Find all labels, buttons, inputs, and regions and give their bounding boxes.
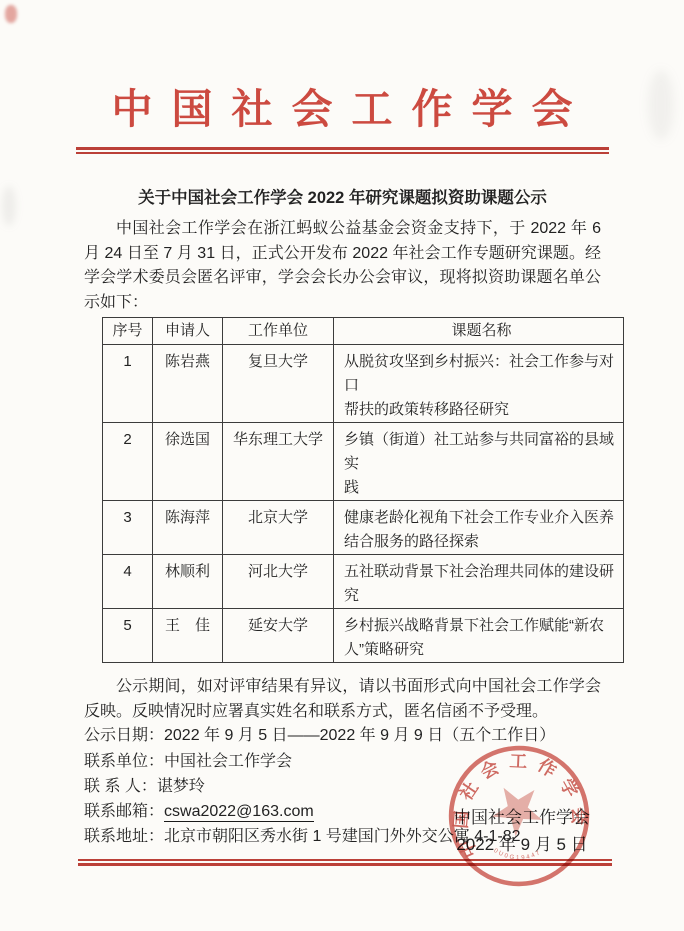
cell-applicant: 徐选国 bbox=[153, 423, 223, 501]
table-row: 3 陈海萍 北京大学 健康老龄化视角下社会工作专业介入医养 结合服务的路径探索 bbox=[103, 501, 624, 555]
cell-topic: 乡镇（街道）社工站参与共同富裕的县域实 践 bbox=[334, 423, 624, 501]
contact-value: 中国社会工作学会 bbox=[164, 753, 292, 770]
column-header-unit: 工作单位 bbox=[223, 318, 334, 345]
column-header-no: 序号 bbox=[103, 318, 153, 345]
intro-paragraph: 中国社会工作学会在浙江蚂蚁公益基金会资金支持下，于 2022 年 6 月 24 … bbox=[84, 217, 601, 315]
cell-topic: 从脱贫攻坚到乡村振兴：社会工作参与对口 帮扶的政策转移路径研究 bbox=[334, 345, 624, 423]
cell-no: 5 bbox=[103, 609, 153, 663]
contact-label: 联系邮箱： bbox=[84, 803, 164, 820]
document-title: 关于中国社会工作学会 2022 年研究课题拟资助课题公示 bbox=[84, 186, 601, 210]
contact-label: 联系单位： bbox=[84, 753, 164, 770]
table-header-row: 序号 申请人 工作单位 课题名称 bbox=[103, 318, 624, 345]
table-row: 1 陈岩燕 复旦大学 从脱贫攻坚到乡村振兴：社会工作参与对口 帮扶的政策转移路径… bbox=[103, 345, 624, 423]
cell-topic: 五社联动背景下社会治理共同体的建设研 究 bbox=[334, 555, 624, 609]
signature-org: 中国社会工作学会 bbox=[454, 804, 590, 831]
cell-applicant: 陈海萍 bbox=[153, 501, 223, 555]
letterhead-org-name: 中国社会工作学会 bbox=[0, 76, 684, 135]
document-body: 关于中国社会工作学会 2022 年研究课题拟资助课题公示 中国社会工作学会在浙江… bbox=[84, 186, 601, 849]
contact-person-line: 联 系 人：谌梦玲 bbox=[84, 774, 601, 799]
table-row: 5 王 佳 延安大学 乡村振兴战略背景下社会工作赋能“新农 人”策略研究 bbox=[103, 609, 624, 663]
column-header-topic: 课题名称 bbox=[334, 318, 624, 345]
cell-unit: 延安大学 bbox=[223, 609, 334, 663]
cell-applicant: 王 佳 bbox=[153, 609, 223, 663]
column-header-applicant: 申请人 bbox=[153, 318, 223, 345]
cell-applicant: 林顺利 bbox=[153, 555, 223, 609]
contact-label: 联系地址： bbox=[84, 828, 164, 845]
table-row: 4 林顺利 河北大学 五社联动背景下社会治理共同体的建设研 究 bbox=[103, 555, 624, 609]
signature-block: 中国社会工作学会 2022 年 9 月 5 日 bbox=[454, 804, 590, 858]
cell-unit: 北京大学 bbox=[223, 501, 334, 555]
cell-applicant: 陈岩燕 bbox=[153, 345, 223, 423]
cell-no: 2 bbox=[103, 423, 153, 501]
cell-unit: 河北大学 bbox=[223, 555, 334, 609]
signature-date: 2022 年 9 月 5 日 bbox=[454, 831, 590, 858]
notice-period-line: 公示日期：2022 年 9 月 5 日——2022 年 9 月 9 日（五个工作… bbox=[84, 724, 601, 749]
cell-topic: 乡村振兴战略背景下社会工作赋能“新农 人”策略研究 bbox=[334, 609, 624, 663]
contact-label: 联 系 人： bbox=[84, 778, 157, 795]
cell-no: 1 bbox=[103, 345, 153, 423]
cell-unit: 华东理工大学 bbox=[223, 423, 334, 501]
cell-unit: 复旦大学 bbox=[223, 345, 334, 423]
scanned-document-page: 中国社会工作学会 关于中国社会工作学会 2022 年研究课题拟资助课题公示 中国… bbox=[0, 0, 684, 931]
objection-paragraph: 公示期间，如对评审结果有异议，请以书面形式向中国社会工作学会反映。反映情况时应署… bbox=[84, 675, 601, 724]
scan-smudge bbox=[2, 186, 16, 226]
contact-unit-line: 联系单位：中国社会工作学会 bbox=[84, 749, 601, 774]
cell-no: 4 bbox=[103, 555, 153, 609]
cell-topic: 健康老龄化视角下社会工作专业介入医养 结合服务的路径探索 bbox=[334, 501, 624, 555]
contact-value: 谌梦玲 bbox=[157, 778, 205, 795]
letterhead-rule bbox=[76, 147, 609, 154]
footer-rule bbox=[78, 859, 612, 866]
cell-no: 3 bbox=[103, 501, 153, 555]
contact-email-value: cswa2022@163.com bbox=[164, 803, 314, 822]
table-row: 2 徐选国 华东理工大学 乡镇（街道）社工站参与共同富裕的县域实 践 bbox=[103, 423, 624, 501]
scan-artifact-red bbox=[5, 5, 17, 23]
funded-topics-table: 序号 申请人 工作单位 课题名称 1 陈岩燕 复旦大学 从脱贫攻坚到乡村振兴：社… bbox=[102, 317, 624, 663]
